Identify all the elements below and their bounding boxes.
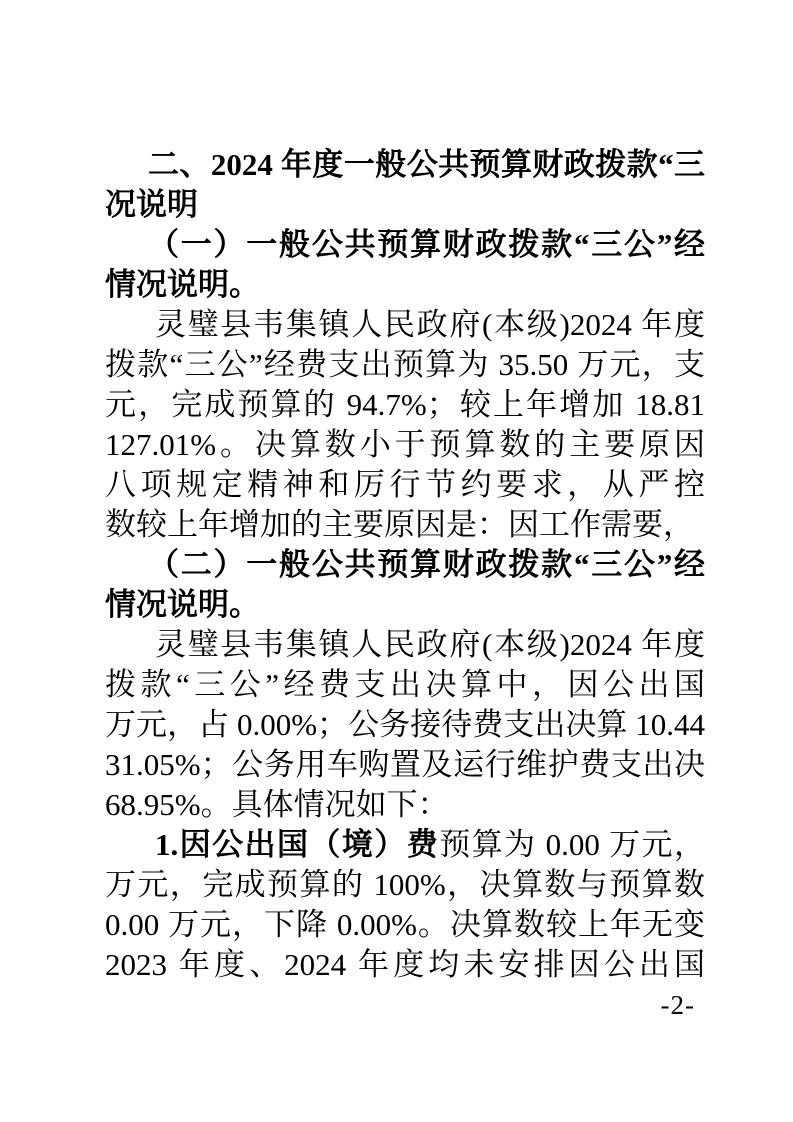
text-line: 灵璧县韦集镇人民政府(本级)2024 年度一般公共预算财政: [105, 625, 705, 665]
heading-section-two: 二、2024 年度一般公共预算财政拨款“三公”经费支出情况说明: [105, 145, 705, 225]
text-line: 拨款“三公”经费支出决算中，因公出国（境）费支出决算 0.00: [105, 665, 705, 705]
text-line: 数较上年增加的主要原因是：因工作需要，接待业务增多。: [105, 505, 705, 545]
heading-subsection-two: （二）一般公共预算财政拨款“三公”经费支出决算具体情况说明。: [105, 545, 705, 625]
text-run: 况说明: [105, 187, 198, 222]
text-run: 情况说明。: [105, 587, 260, 622]
document-body: 二、2024 年度一般公共预算财政拨款“三公”经费支出情况说明（一）一般公共预算…: [105, 145, 705, 985]
paragraph-item-1-abroad-expenses: 1.因公出国（境）费预算为 0.00 万元，支出决算为 0.00万元，完成预算的…: [105, 825, 705, 985]
text-line: 情况说明。: [105, 265, 705, 305]
text-run: 数较上年增加的主要原因是：因工作需要，接待业务增多。: [105, 507, 694, 545]
heading-subsection-one: （一）一般公共预算财政拨款“三公”经费支出决算总体情况说明。: [105, 225, 705, 305]
text-run: 万元，完成预算的 100%，决算数与预算数相同；较上年减少: [105, 867, 705, 905]
text-line: 况说明: [105, 185, 705, 225]
text-line: 二、2024 年度一般公共预算财政拨款“三公”经费支出情: [105, 145, 705, 185]
text-run: 2023 年度、2024 年度均未安排因公出国（境）计划。故 2024: [105, 947, 705, 985]
text-line: （二）一般公共预算财政拨款“三公”经费支出决算具体: [105, 545, 705, 585]
text-run: 拨款“三公”经费支出决算中，因公出国（境）费支出决算 0.00: [105, 667, 705, 705]
text-line: 八项规定精神和厉行节约要求，从严控制“三公”经费开支。决算: [105, 465, 705, 505]
text-run: （二）一般公共预算财政拨款“三公”经费支出决算具体: [148, 547, 705, 585]
text-line: 2023 年度、2024 年度均未安排因公出国（境）计划。故 2024: [105, 945, 705, 985]
text-run: 127.01%。决算数小于预算数的主要原因是：认真贯彻落实中央: [105, 427, 705, 465]
text-run: 0.00 万元，下降 0.00%。决算数较上年无变化的主要原因是: [105, 907, 705, 945]
text-line: 元，完成预算的 94.7%；较上年增加 18.81 万元，增长: [105, 385, 705, 425]
text-line: （一）一般公共预算财政拨款“三公”经费支出决算总体: [105, 225, 705, 265]
paragraph-overall-situation: 灵璧县韦集镇人民政府(本级)2024 年度一般公共预算财政拨款“三公”经费支出预…: [105, 305, 705, 545]
document-page: 二、2024 年度一般公共预算财政拨款“三公”经费支出情况说明（一）一般公共预算…: [0, 0, 793, 1122]
text-run: 拨款“三公”经费支出预算为 35.50 万元，支出决算为 33.62 万: [105, 347, 705, 385]
text-run: 元，完成预算的 94.7%；较上年增加 18.81 万元，增长: [105, 387, 705, 425]
page-number: -2-: [661, 991, 695, 1019]
text-line: 拨款“三公”经费支出预算为 35.50 万元，支出决算为 33.62 万: [105, 345, 705, 385]
text-run: 68.95%。具体情况如下：: [105, 787, 449, 822]
text-line: 灵璧县韦集镇人民政府(本级)2024 年度一般公共预算财政: [105, 305, 705, 345]
text-run: 灵璧县韦集镇人民政府(本级)2024 年度一般公共预算财政: [155, 627, 705, 665]
text-line: 1.因公出国（境）费预算为 0.00 万元，支出决算为 0.00: [105, 825, 705, 865]
text-run: 二、2024 年度一般公共预算财政拨款“三公”经费支出情: [148, 147, 705, 185]
paragraph-specific-breakdown: 灵璧县韦集镇人民政府(本级)2024 年度一般公共预算财政拨款“三公”经费支出决…: [105, 625, 705, 825]
text-run: 情况说明。: [105, 267, 260, 302]
bold-run: 1.因公出国（境）费: [155, 827, 439, 862]
text-line: 万元，完成预算的 100%，决算数与预算数相同；较上年减少: [105, 865, 705, 905]
text-line: 68.95%。具体情况如下：: [105, 785, 705, 825]
text-run: 31.05%；公务用车购置及运行维护费支出决算 23.18 万元，占: [105, 747, 705, 785]
text-run: 万元，占 0.00%；公务接待费支出决算 10.44 万元，占: [105, 707, 705, 745]
text-run: （一）一般公共预算财政拨款“三公”经费支出决算总体: [148, 227, 705, 265]
text-line: 31.05%；公务用车购置及运行维护费支出决算 23.18 万元，占: [105, 745, 705, 785]
text-line: 情况说明。: [105, 585, 705, 625]
text-line: 0.00 万元，下降 0.00%。决算数较上年无变化的主要原因是: [105, 905, 705, 945]
text-line: 127.01%。决算数小于预算数的主要原因是：认真贯彻落实中央: [105, 425, 705, 465]
text-run: 灵璧县韦集镇人民政府(本级)2024 年度一般公共预算财政: [155, 307, 705, 345]
text-line: 万元，占 0.00%；公务接待费支出决算 10.44 万元，占: [105, 705, 705, 745]
text-run: 八项规定精神和厉行节约要求，从严控制“三公”经费开支。决算: [105, 467, 705, 505]
